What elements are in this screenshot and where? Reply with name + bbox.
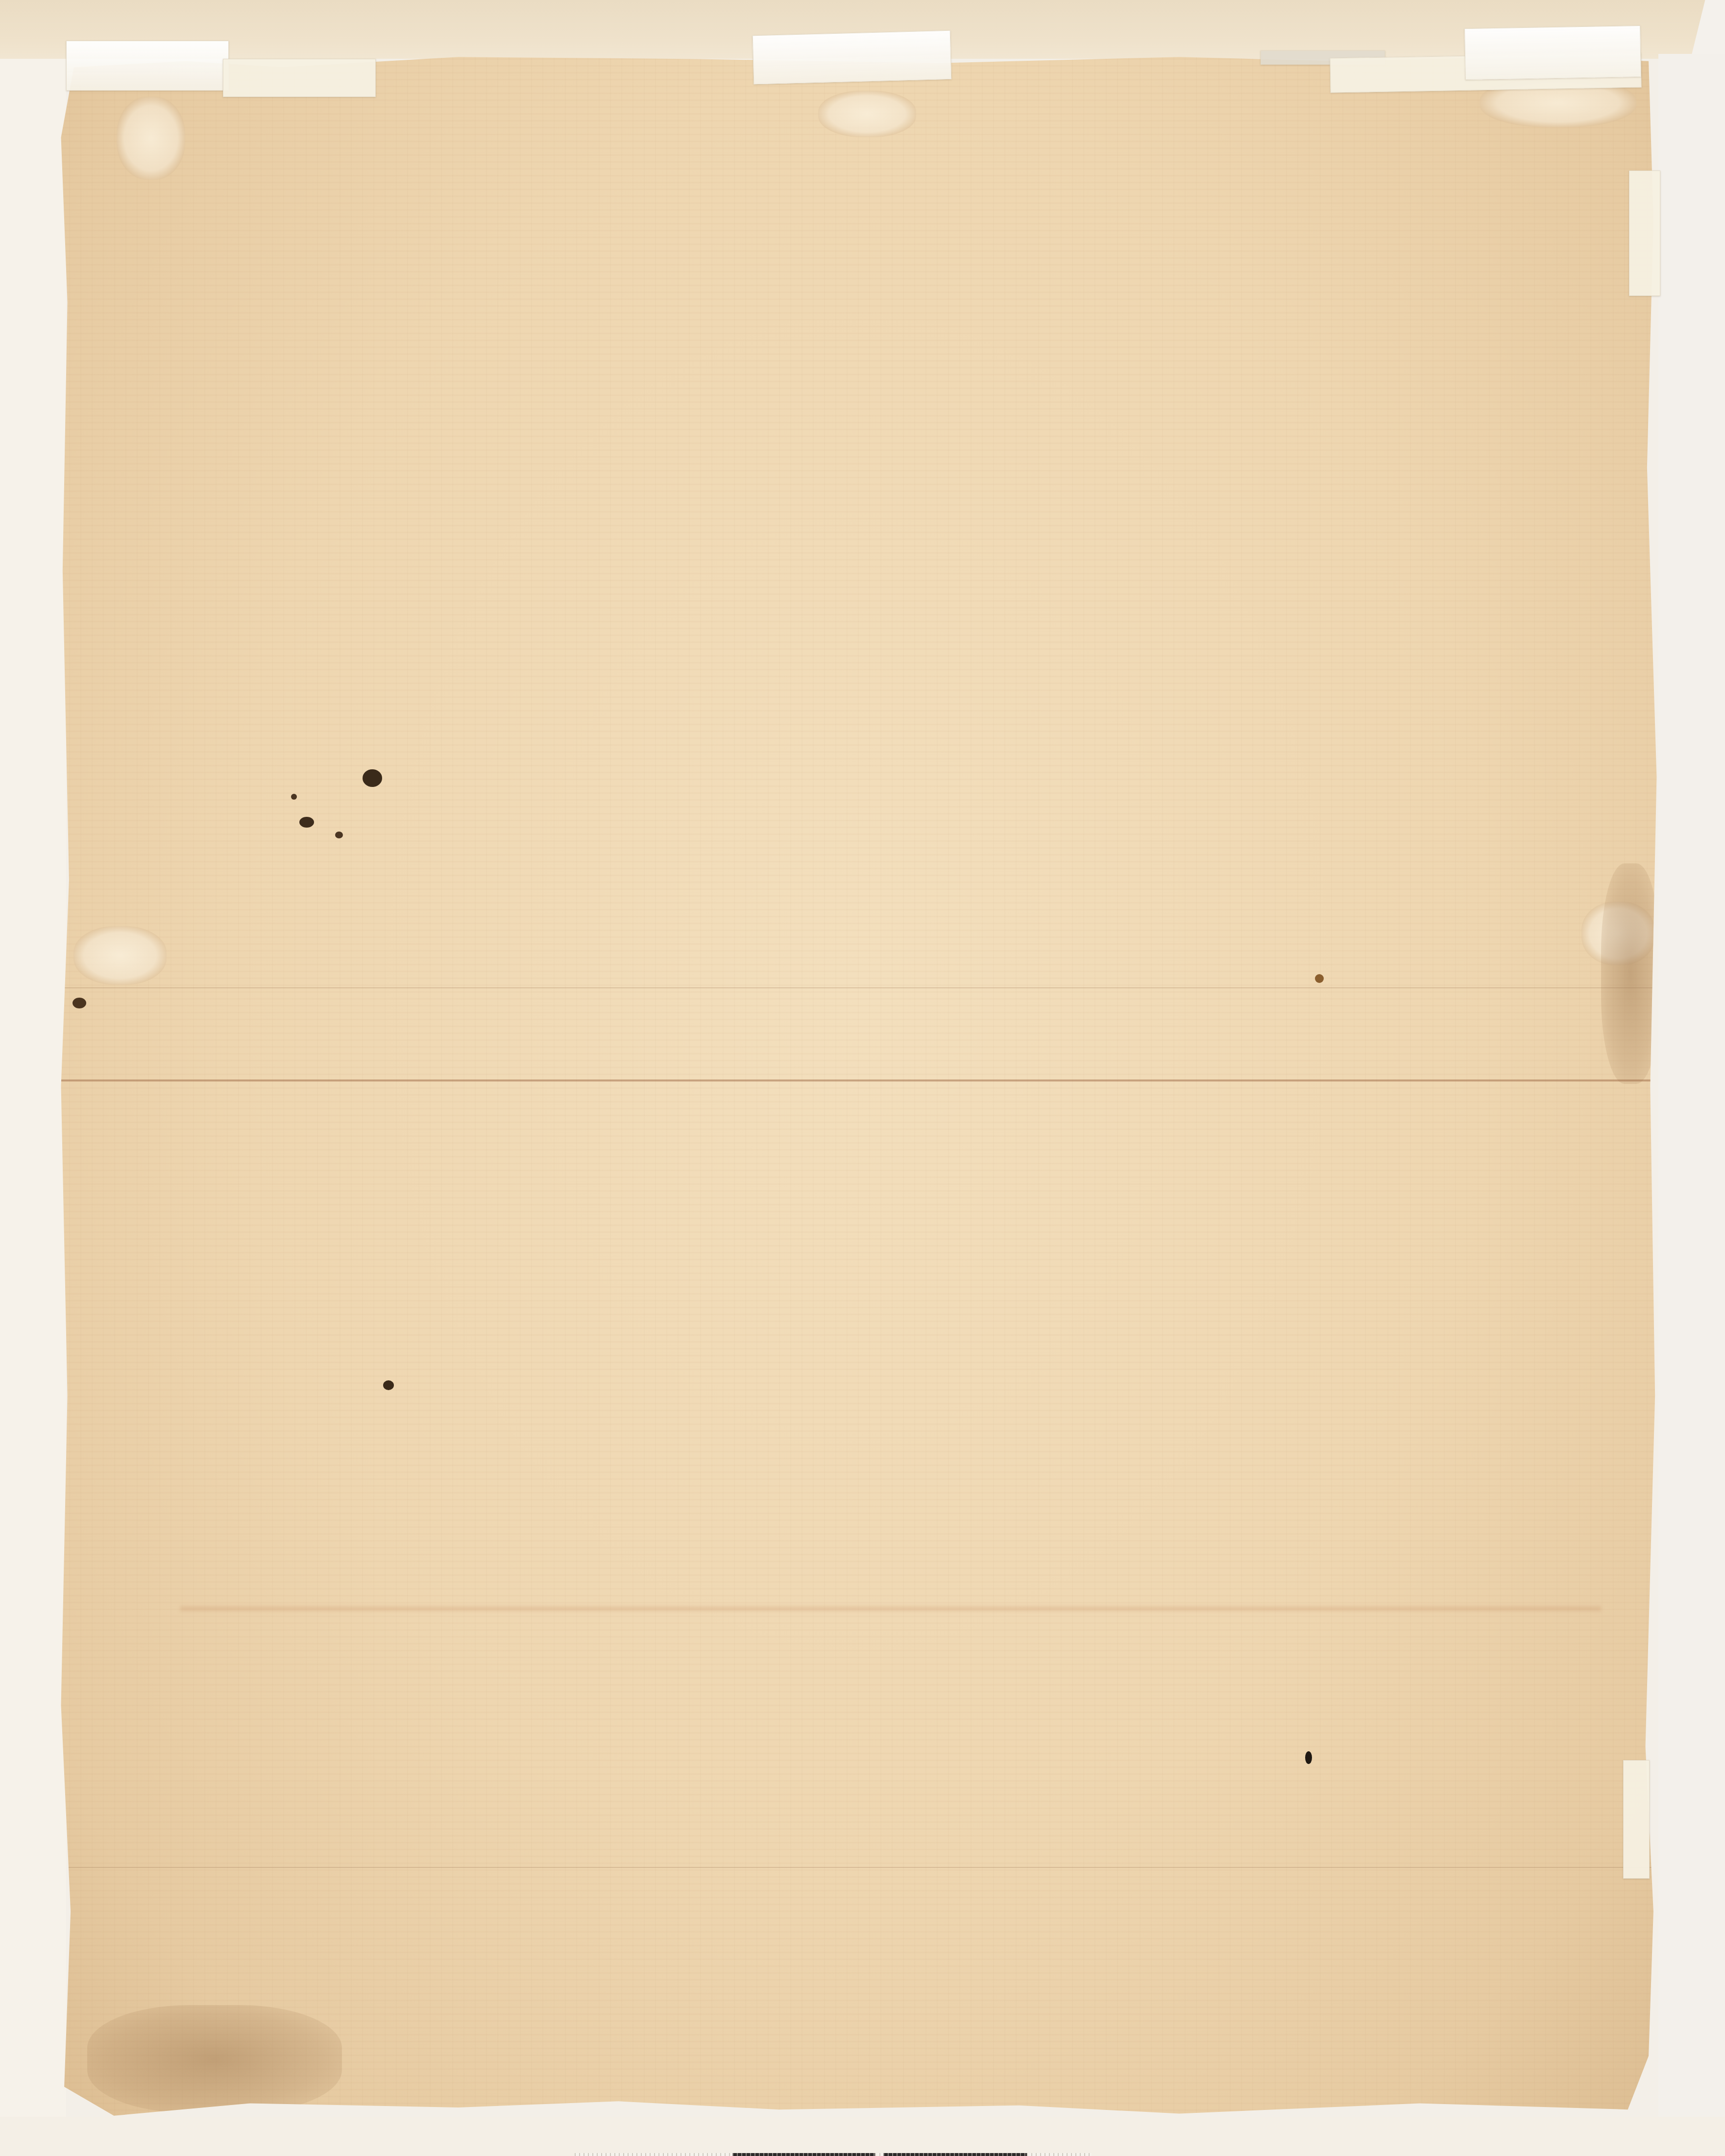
scale-ruler	[575, 2153, 1092, 2156]
ink-spot	[383, 1380, 394, 1390]
edge-stain	[1601, 863, 1660, 1084]
hinge-tape	[1464, 25, 1641, 80]
ink-spot	[1315, 974, 1324, 983]
tape-residue-stain	[117, 97, 185, 180]
ink-spot	[73, 998, 86, 1008]
hinge-tape	[66, 41, 229, 91]
scale-segment-light	[1027, 2153, 1092, 2156]
ink-spot	[363, 769, 382, 787]
tape-residue-stain	[818, 91, 916, 137]
document-sheet	[58, 55, 1660, 2118]
ink-speck	[291, 794, 297, 800]
scale-segment-dark	[883, 2153, 1027, 2156]
edge-tape	[1629, 171, 1660, 296]
ink-speck	[335, 832, 343, 838]
fold-line	[58, 1079, 1660, 1081]
paper-texture	[58, 55, 1660, 2118]
hinge-tape	[753, 30, 951, 85]
ink-spot	[1305, 1751, 1312, 1764]
mat-left	[0, 59, 66, 2156]
crease-line	[58, 1867, 1660, 1868]
edge-tape	[1623, 1760, 1650, 1879]
ink-spot	[299, 817, 314, 828]
scale-segment-light	[875, 2153, 883, 2156]
scale-segment-dark	[732, 2153, 875, 2156]
stain-line	[180, 1606, 1601, 1611]
mat-bottom	[0, 2117, 1725, 2156]
tape-residue-stain	[73, 926, 167, 985]
crease-line	[58, 987, 1660, 988]
scale-segment-light	[575, 2153, 732, 2156]
water-stain	[87, 2005, 342, 2113]
hinge-tape	[223, 59, 376, 97]
mat-right	[1658, 54, 1725, 2156]
